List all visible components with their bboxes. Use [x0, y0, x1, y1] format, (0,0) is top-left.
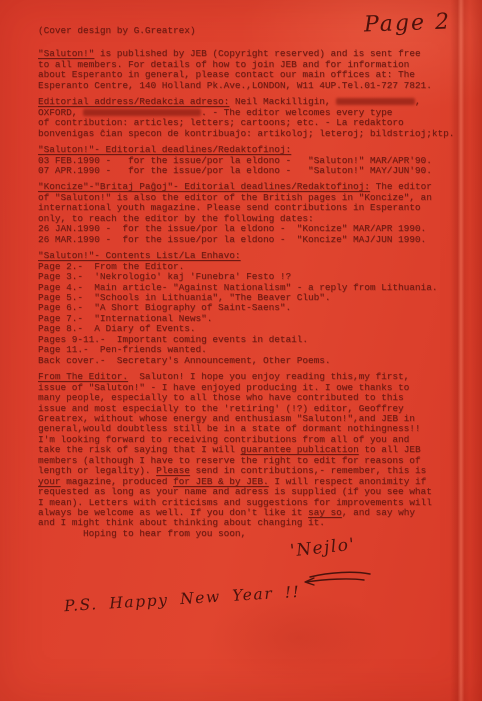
paragraph: "Koncize"-"Britaj Paĝoj"- Editorial dead…: [38, 182, 468, 245]
text-run: Page 2.- From the Editor.: [38, 261, 184, 272]
text-run: always be welcome as well. If you don't …: [38, 507, 308, 518]
underlined-text: "Saluton!": [38, 48, 94, 59]
text-run: (Cover design by G.Greatrex): [38, 25, 196, 36]
text-line: 26 MAR.1990 - for the issue/por la eldon…: [38, 235, 468, 245]
typed-text: (Cover design by G.Greatrex)"Saluton!" i…: [38, 26, 468, 545]
text-line: bonvenigas ĉian specon de kontribuaĵo: a…: [38, 129, 468, 139]
text-run: Pages 9-11.- Important coming events in …: [38, 334, 308, 345]
text-line: Back cover.- Secretary's Announcement, O…: [38, 356, 468, 366]
text-run: general,would doubtless still be in a st…: [38, 423, 421, 434]
paragraph: From The Editor. Saluton! I hope you enj…: [38, 372, 468, 539]
text-run: length or legality).: [38, 465, 156, 476]
underlined-text: Editorial address/Redakcia adreso:: [38, 96, 229, 107]
text-run: OXFORD,: [38, 107, 83, 118]
text-run: Page 7.- "International News".: [38, 313, 212, 324]
text-run: Page 8.- A Diary of Events.: [38, 323, 196, 334]
text-run: about Esperanto in general, please conta…: [38, 69, 415, 80]
text-run: take the risk of saying that I will: [38, 444, 241, 455]
paragraph: "Saluton!"- Contents List/La Enhavo:Page…: [38, 251, 468, 366]
paragraph: Editorial address/Redakcia adreso: Neil …: [38, 97, 468, 139]
text-run: . - The editor welcomes every type: [201, 107, 392, 118]
text-run: of "Saluton!" is also the editor of the …: [38, 192, 432, 203]
text-run: 26 JAN.1990 - for the issue/por la eldon…: [38, 223, 426, 234]
text-run: to all members. For details of how to jo…: [38, 59, 409, 70]
text-line: (Cover design by G.Greatrex): [38, 26, 468, 36]
text-run: I will respect anonimity if: [269, 476, 427, 487]
underlined-text: for JEB & by JEB.: [173, 476, 269, 487]
text-run: is published by JEB (Copyright reserved)…: [94, 48, 420, 59]
text-run: Page 6.- "A Short Biography of Saint-Sae…: [38, 302, 291, 313]
underlined-text: your: [38, 476, 61, 487]
text-run: Back cover.- Secretary's Announcement, O…: [38, 355, 331, 366]
text-run: Page 5.- "Schools in Lithuania", "The Be…: [38, 292, 331, 303]
text-run: issue and most especially to the 'retiri…: [38, 403, 404, 414]
text-run: bonvenigas ĉian specon de kontribuaĵo: a…: [38, 128, 454, 139]
text-run: Page 4.- Main article- "Against National…: [38, 282, 437, 293]
underlined-text: Please: [156, 465, 190, 476]
underlined-text: "Saluton!"- Editorial deadlines/Redaktof…: [38, 144, 291, 155]
text-line: Esperanto Centre, 140 Holland Pk.Ave.,LO…: [38, 81, 468, 91]
underlined-text: "Saluton!"- Contents List/La Enhavo:: [38, 250, 241, 261]
text-run: I mean). Letters with criticisms and sug…: [38, 497, 432, 508]
text-run: requested as long as your name and adres…: [38, 486, 432, 497]
text-run: The editor: [370, 181, 432, 192]
text-run: and I might think about thinking about c…: [38, 517, 325, 528]
text-run: Esperanto Centre, 140 Holland Pk.Ave.,LO…: [38, 80, 432, 91]
text-run: , and say why: [342, 507, 415, 518]
text-run: Greatrex, without whose energy and enthu…: [38, 413, 415, 424]
paragraph: "Saluton!"- Editorial deadlines/Redaktof…: [38, 145, 468, 176]
underlined-text: say so: [308, 507, 342, 518]
underlined-text: "Koncize"-"Britaj Paĝoj"- Editorial dead…: [38, 181, 370, 192]
text-run: only, to reach the editor by the followi…: [38, 213, 314, 224]
scanned-page: Page 2 (Cover design by G.Greatrex)"Salu…: [0, 0, 482, 701]
text-line: Hoping to hear from you soon,: [38, 529, 468, 539]
text-run: Hoping to hear from you soon,: [38, 528, 246, 539]
paragraph: "Saluton!" is published by JEB (Copyrigh…: [38, 49, 468, 91]
text-run: Page 11.- Pen-friends wanted.: [38, 344, 207, 355]
signature-flourish: [300, 568, 374, 590]
redacted-text: [83, 109, 201, 116]
text-run: 26 MAR.1990 - for the issue/por la eldon…: [38, 234, 426, 245]
text-run: international youth magazine. Please sen…: [38, 202, 421, 213]
text-run: 07 APR.1990 - for the issue/por la eldon…: [38, 165, 432, 176]
text-run: Page 3.- 'Nekrologio' kaj 'Funebra' Fest…: [38, 271, 291, 282]
text-run: many people, especially to all those who…: [38, 392, 404, 403]
paragraph: (Cover design by G.Greatrex): [38, 26, 468, 36]
underlined-text: From The Editor.: [38, 371, 128, 382]
text-line: 07 APR.1990 - for the issue/por la eldon…: [38, 166, 468, 176]
text-run: to all JEB: [359, 444, 421, 455]
text-run: Saluton! I hope you enjoy reading this,m…: [128, 371, 409, 382]
text-run: 03 FEB.1990 - for the issue/por la eldon…: [38, 155, 432, 166]
text-run: Neil Mackilligin,: [229, 96, 336, 107]
redacted-text: [336, 98, 415, 105]
text-run: issue of "Saluton!" - I have enjoyed pro…: [38, 382, 409, 393]
text-run: send in contributions,- remember, this i…: [190, 465, 426, 476]
text-run: I'm looking forward to receiving contrib…: [38, 434, 409, 445]
underlined-text: guarantee publication: [241, 444, 359, 455]
text-run: ,: [415, 96, 421, 107]
text-run: of contribution: articles; letters; cart…: [38, 117, 404, 128]
page-edge-shadow: [470, 0, 482, 701]
handwritten-ps-note: P.S. Happy New Year !!: [64, 583, 301, 615]
text-run: magazine, produced: [61, 476, 174, 487]
text-run: members (although I have to reserve the …: [38, 455, 421, 466]
